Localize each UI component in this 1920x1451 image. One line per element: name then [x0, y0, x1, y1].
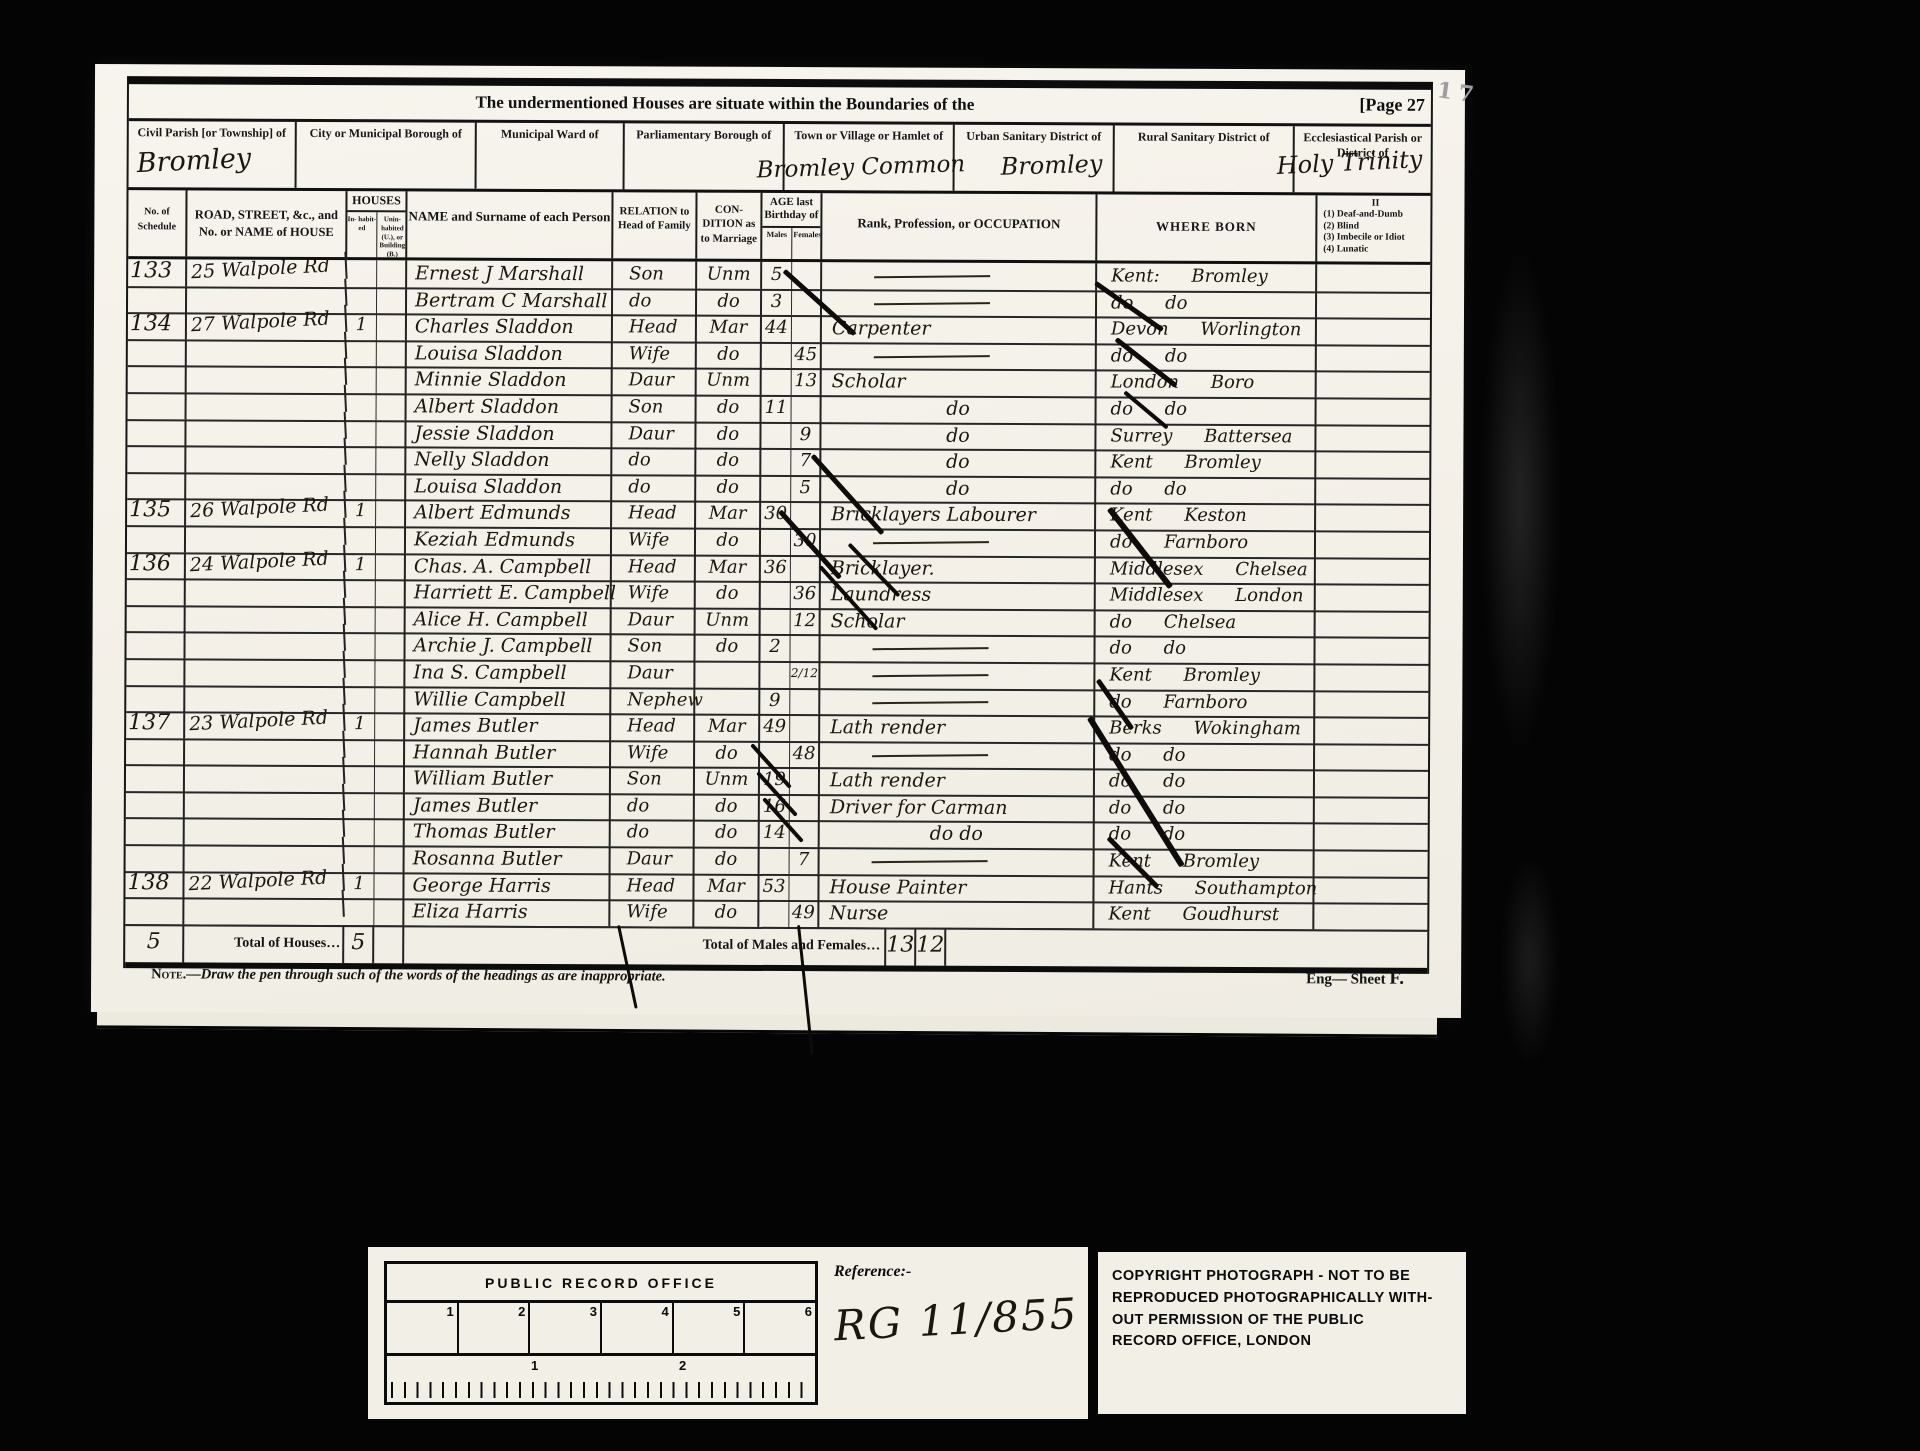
inch-number: 2	[518, 1304, 525, 1319]
pro-office-title: PUBLIC RECORD OFFICE	[387, 1264, 815, 1303]
birthplace-cell: Middlesex Chelsea	[1096, 556, 1316, 584]
scanned-census-page: The undermentioned Houses are situate wi…	[0, 0, 1920, 1451]
schedule-cell	[126, 818, 185, 845]
district-header: Civil Parish [or Township] ofCity or Mun…	[129, 121, 1431, 196]
schedule-cell	[127, 419, 186, 446]
age-male-cell	[760, 661, 790, 688]
schedule-cell	[126, 658, 185, 685]
age-female-cell	[790, 794, 820, 821]
occupation-cell	[822, 342, 1097, 370]
schedule-cell: 137	[126, 711, 185, 738]
age-female-cell: 45	[792, 342, 822, 369]
header-uninhabited: Unin- habited (U.), or Building (B.)	[377, 212, 407, 257]
reference-label: Reference:-	[834, 1263, 1080, 1281]
name-cell: George Harris	[404, 872, 610, 900]
schedule-cell	[126, 791, 185, 818]
birthplace-cell: Hants Southampton	[1094, 875, 1314, 903]
infirmity-cell	[1315, 770, 1425, 797]
header-occupation: Rank, Profession, or OCCUPATION	[822, 193, 1097, 260]
age-female-cell	[792, 395, 822, 422]
district-label: Town or Village or Hamlet of	[785, 124, 955, 191]
pro-reference-plate: PUBLIC RECORD OFFICE 123456 1 2 Referenc…	[368, 1247, 1088, 1419]
occupation-cell	[820, 634, 1095, 662]
uninhabited-cell	[377, 313, 407, 340]
inch-cell: 3	[530, 1303, 602, 1353]
relation-cell: Wife	[610, 900, 694, 927]
age-male-cell	[761, 421, 791, 448]
uninhabited-cell	[374, 898, 404, 925]
total-males-females-label: Total of Males and Females…	[404, 926, 886, 965]
name-cell: Charles Sladdon	[407, 314, 613, 342]
occupation-cell	[822, 262, 1097, 290]
condition-cell: do	[694, 900, 759, 927]
infirmity-cell	[1316, 424, 1426, 451]
reference-area: Reference:- RG 11/855	[834, 1263, 1080, 1403]
inch-number: 1	[446, 1304, 453, 1319]
infirmity-cell	[1315, 637, 1425, 664]
occupation-cell: Scholar	[822, 369, 1097, 397]
occupation-cell	[820, 847, 1095, 875]
pen-dash	[873, 541, 989, 544]
page-number: [Page 27	[1359, 95, 1425, 116]
uninhabited-cell	[375, 845, 405, 872]
condition-cell: Mar	[694, 873, 759, 900]
header-infirmity: II (1) Deaf-and-Dumb(2) Blind(3) Imbecil…	[1317, 195, 1427, 261]
schedule-cell	[127, 525, 186, 552]
uninhabited-cell	[375, 739, 405, 766]
infirmity-cell	[1315, 690, 1425, 717]
inhabited-cell	[347, 393, 377, 420]
relation-cell: Wife	[613, 341, 697, 368]
infirmity-cell	[1315, 743, 1425, 770]
scan-smudge	[1500, 850, 1560, 1070]
name-cell: James Butler	[405, 792, 611, 820]
occupation-cell	[820, 688, 1095, 716]
condition-cell: Unm	[695, 767, 760, 794]
district-label: Urban Sanitary District of	[955, 125, 1115, 192]
district-label: City or Municipal Borough of	[297, 122, 477, 189]
occupation-cell: Driver for Carman	[820, 794, 1095, 822]
name-cell: Thomas Butler	[405, 819, 611, 847]
census-rows: 13325 Walpole RdErnest J MarshallSonUnm5…	[125, 259, 1430, 930]
age-male-cell: 53	[759, 874, 789, 901]
infirmity-cell	[1317, 264, 1427, 291]
name-cell: Louisa Sladdon	[406, 473, 612, 501]
uninhabited-cell	[375, 686, 405, 713]
inhabited-cell	[346, 579, 376, 606]
age-male-cell: 44	[762, 315, 792, 342]
uninhabited-cell	[376, 579, 406, 606]
uninhabited-cell	[376, 420, 406, 447]
condition-cell	[695, 661, 760, 688]
condition-cell: do	[696, 581, 761, 608]
age-female-cell: 5	[791, 475, 821, 502]
schedule-cell	[126, 631, 185, 658]
inhabited-cell	[345, 765, 375, 792]
infirmity-cell	[1317, 291, 1427, 318]
name-cell: Rosanna Butler	[405, 845, 611, 873]
name-cell: Albert Sladdon	[407, 393, 613, 421]
total-males: 13	[886, 928, 916, 965]
infirmity-cell	[1315, 663, 1425, 690]
header-name: NAME and Surname of each Person	[407, 191, 613, 258]
uninhabited-cell	[377, 340, 407, 367]
relation-cell: Head	[612, 501, 696, 528]
inhabited-cell	[346, 606, 376, 633]
infirmity-line: (1) Deaf-and-Dumb	[1323, 210, 1427, 222]
birthplace-cell: Surrey Battersea	[1096, 423, 1316, 451]
birthplace-cell: do do	[1095, 822, 1315, 850]
age-female-cell	[789, 874, 819, 901]
age-female-cell: 7	[790, 847, 820, 874]
inhabited-cell: 1	[346, 499, 376, 526]
inhabited-cell	[345, 845, 375, 872]
infirmity-line: (2) Blind	[1323, 221, 1427, 233]
relation-cell: Son	[613, 261, 697, 288]
infirmity-cell	[1315, 796, 1425, 823]
uninhabited-cell	[375, 633, 405, 660]
schedule-cell	[127, 605, 186, 632]
header-schedule: No. of Schedule	[128, 190, 187, 256]
inhabited-cell	[344, 898, 374, 925]
name-cell: Archie J. Campbell	[405, 633, 611, 661]
age-male-cell: 49	[760, 714, 790, 741]
relation-cell: do	[611, 793, 695, 820]
relation-cell: Son	[613, 394, 697, 421]
header-where-born: WHERE BORN	[1097, 194, 1317, 261]
condition-cell: do	[696, 474, 761, 501]
occupation-cell: do	[822, 395, 1097, 423]
header-condition: CON- DITION as to Marriage	[697, 193, 762, 259]
schedule-cell	[125, 897, 184, 924]
uninhabited-cell	[376, 500, 406, 527]
condition-cell: Unm	[697, 368, 762, 395]
age-male-cell	[760, 847, 790, 874]
form-title: The undermentioned Houses are situate wi…	[129, 91, 1321, 116]
relation-cell: Head	[613, 314, 697, 341]
condition-cell: do	[695, 847, 760, 874]
birthplace-cell: do do	[1096, 476, 1316, 504]
relation-cell: Son	[611, 634, 695, 661]
condition-cell: do	[695, 634, 760, 661]
name-cell: Louisa Sladdon	[407, 340, 613, 368]
infirmity-cell	[1316, 530, 1426, 557]
condition-cell: Mar	[696, 554, 761, 581]
uninhabited-cell	[375, 792, 405, 819]
age-female-cell: 2/12	[790, 661, 820, 688]
relation-cell: Daur	[612, 607, 696, 634]
cm-scale: 1 2	[387, 1356, 815, 1402]
occupation-cell: Laundress	[821, 581, 1096, 609]
infirmity-cell	[1317, 344, 1427, 371]
occupation-cell: do	[821, 422, 1096, 450]
uninhabited-cell	[376, 526, 406, 553]
condition-cell: do	[697, 341, 762, 368]
age-female-cell	[791, 555, 821, 582]
condition-cell: Mar	[696, 501, 761, 528]
uninhabited-cell	[377, 260, 407, 287]
age-female-cell	[790, 714, 820, 741]
relation-cell: Nephew	[611, 687, 695, 714]
infirmity-cell	[1314, 903, 1424, 930]
relation-cell: Wife	[611, 740, 695, 767]
name-cell: Jessie Sladdon	[406, 420, 612, 448]
header-age-males: Males	[762, 228, 792, 259]
birthplace-cell: do do	[1095, 742, 1315, 770]
district-label: Ecclesiastical Parish or District of	[1295, 126, 1431, 193]
occupation-cell	[820, 661, 1095, 689]
birthplace-cell: do do	[1095, 795, 1315, 823]
infirmity-cell	[1316, 477, 1426, 504]
schedule-cell: 138	[125, 871, 184, 898]
name-cell: James Butler	[405, 712, 611, 740]
inch-cell: 2	[459, 1303, 531, 1353]
inhabited-cell	[346, 526, 376, 553]
schedule-cell	[128, 392, 187, 419]
schedule-cell	[128, 366, 187, 393]
condition-cell: do	[695, 794, 760, 821]
name-cell: Chas. A. Campbell	[406, 553, 612, 581]
schedule-cell	[128, 339, 187, 366]
schedule-cell	[126, 844, 185, 871]
name-cell: Minnie Sladdon	[407, 367, 613, 395]
district-label: Municipal Ward of	[477, 123, 625, 190]
inch-cell: 1	[387, 1303, 459, 1353]
total-females: 12	[916, 928, 946, 965]
birthplace-cell: do do	[1097, 396, 1317, 424]
infirmity-cell	[1316, 451, 1426, 478]
name-cell: Nelly Sladdon	[406, 447, 612, 475]
schedule-cell: 136	[127, 552, 186, 579]
relation-cell: Wife	[612, 527, 696, 554]
name-cell: Alice H. Campbell	[406, 606, 612, 634]
district-label: Parliamentary Borough of	[625, 123, 785, 190]
schedule-cell: 135	[127, 499, 186, 526]
schedule-cell	[127, 578, 186, 605]
uninhabited-cell	[375, 766, 405, 793]
header-inhabited: In- habit- ed	[347, 212, 377, 257]
age-female-cell: 49	[789, 900, 819, 927]
pen-dash	[872, 701, 988, 704]
condition-cell: do	[697, 395, 762, 422]
inch-number: 4	[661, 1304, 668, 1319]
uninhabited-cell	[377, 287, 407, 314]
condition-cell	[695, 687, 760, 714]
name-cell: Harriett E. Campbell	[406, 580, 612, 608]
inhabited-cell: 1	[344, 872, 374, 899]
uninhabited-cell	[376, 606, 406, 633]
infirmity-cell	[1316, 610, 1426, 637]
uninhabited-cell	[374, 872, 404, 899]
age-male-cell	[762, 368, 792, 395]
birthplace-cell: do do	[1095, 636, 1315, 664]
inhabited-cell: 1	[345, 712, 375, 739]
infirmity-cell	[1315, 823, 1425, 850]
infirmity-cell	[1315, 716, 1425, 743]
uninhabited-cell	[377, 367, 407, 394]
inhabited-cell: 1	[347, 313, 377, 340]
schedule-cell	[127, 445, 186, 472]
age-male-cell	[761, 475, 791, 502]
name-cell: Keziah Edmunds	[406, 526, 612, 554]
uninhabited-cell	[376, 473, 406, 500]
infirmity-cell	[1317, 318, 1427, 345]
relation-cell: Head	[610, 873, 694, 900]
inch-cell: 6	[745, 1303, 815, 1353]
name-cell: William Butler	[405, 766, 611, 794]
relation-cell: Daur	[613, 368, 697, 395]
schedule-cell	[126, 738, 185, 765]
inhabited-cell	[346, 446, 376, 473]
age-male-cell	[760, 741, 790, 768]
age-male-cell	[761, 448, 791, 475]
inhabited-cell	[345, 686, 375, 713]
relation-cell: Son	[611, 767, 695, 794]
infirmity-cell	[1316, 504, 1426, 531]
infirmity-cell	[1317, 397, 1427, 424]
age-female-cell	[792, 315, 822, 342]
birthplace-cell: Kent Goudhurst	[1094, 902, 1314, 930]
copyright-text: COPYRIGHT PHOTOGRAPH - NOT TO BE REPRODU…	[1098, 1252, 1466, 1353]
name-cell: Bertram C Marshall	[407, 287, 613, 315]
age-male-cell	[761, 581, 791, 608]
inhabited-cell	[347, 340, 377, 367]
schedule-total: 5	[125, 925, 184, 962]
occupation-cell	[820, 741, 1095, 769]
inhabited-cell	[346, 420, 376, 447]
relation-cell: do	[611, 820, 695, 847]
pen-dash	[874, 302, 990, 305]
schedule-cell	[126, 764, 185, 791]
inhabited-cell	[345, 792, 375, 819]
occupation-cell	[821, 528, 1096, 556]
condition-cell: Unm	[697, 262, 762, 289]
condition-cell: Mar	[695, 714, 760, 741]
pen-dash	[873, 647, 989, 650]
inhabited-cell	[347, 260, 377, 287]
name-cell: Eliza Harris	[404, 899, 610, 927]
relation-cell: do	[612, 447, 696, 474]
header-road: ROAD, STREET, &c., and No. or NAME of HO…	[187, 190, 347, 257]
inhabited-cell	[345, 819, 375, 846]
relation-cell: Daur	[612, 421, 696, 448]
age-male-cell: 11	[762, 395, 792, 422]
name-cell: Ernest J Marshall	[407, 260, 613, 288]
age-male-cell	[761, 608, 791, 635]
name-cell: Willie Campbell	[405, 686, 611, 714]
inhabited-cell	[347, 366, 377, 393]
condition-cell: do	[696, 421, 761, 448]
name-cell: Hannah Butler	[405, 739, 611, 767]
pen-dash	[872, 674, 988, 677]
census-sheet: The undermentioned Houses are situate wi…	[91, 64, 1465, 1018]
birthplace-cell: do Chelsea	[1096, 609, 1316, 637]
age-female-cell	[790, 767, 820, 794]
uninhabited-cell	[375, 819, 405, 846]
occupation-cell: Nurse	[819, 900, 1094, 928]
name-cell: Ina S. Campbell	[405, 659, 611, 687]
infirmity-cell	[1316, 557, 1426, 584]
infirmity-line: (4) Lunatic	[1323, 244, 1427, 256]
relation-cell: Daur	[611, 660, 695, 687]
pen-dash	[874, 275, 990, 278]
infirmity-cell	[1314, 876, 1424, 903]
birthplace-cell: Middlesex London	[1096, 583, 1316, 611]
birthplace-cell: Kent: Bromley	[1097, 263, 1317, 291]
age-male-cell: 3	[762, 289, 792, 316]
schedule-cell: 134	[128, 312, 187, 339]
age-male-cell	[761, 528, 791, 555]
uninhabited-cell	[376, 446, 406, 473]
age-female-cell	[790, 634, 820, 661]
occupation-cell: do	[821, 448, 1096, 476]
infirmity-cell	[1315, 849, 1425, 876]
reference-value: RG 11/855	[833, 1289, 1081, 1351]
pen-dash	[872, 754, 988, 757]
uninhabited-cell	[375, 712, 405, 739]
pen-dash	[874, 355, 990, 358]
age-female-cell: 9	[791, 422, 821, 449]
condition-cell: Mar	[697, 315, 762, 342]
cm-ticks	[391, 1382, 811, 1398]
uninhabited-cell	[377, 393, 407, 420]
pro-ruler-box: PUBLIC RECORD OFFICE 123456 1 2	[384, 1261, 818, 1405]
inch-cell: 4	[602, 1303, 674, 1353]
uninhabited-cell	[376, 553, 406, 580]
relation-cell: do	[613, 288, 697, 315]
schedule-cell	[128, 286, 187, 313]
age-male-cell	[762, 342, 792, 369]
condition-cell: Unm	[696, 607, 761, 634]
relation-cell: do	[612, 474, 696, 501]
infirmity-cell	[1316, 583, 1426, 610]
birthplace-cell: do Farnboro	[1095, 689, 1315, 717]
age-male-cell: 36	[761, 554, 791, 581]
uninhabited-cell	[375, 659, 405, 686]
birthplace-cell: Kent Bromley	[1095, 662, 1315, 690]
sheet-mark: Eng— Sheet F.	[1306, 967, 1404, 989]
age-female-cell: 48	[790, 741, 820, 768]
header-age: AGE last Birthday of Males Females	[762, 193, 822, 259]
inch-number: 6	[805, 1304, 812, 1319]
condition-cell: do	[696, 528, 761, 555]
inhabited-cell	[345, 632, 375, 659]
inhabited-cell	[345, 739, 375, 766]
occupation-cell: House Painter	[819, 874, 1094, 902]
age-female-cell	[790, 688, 820, 715]
inhabited-cell	[346, 473, 376, 500]
age-male-cell: 2	[760, 634, 790, 661]
occupation-cell	[822, 289, 1097, 317]
district-label: Rural Sanitary District of	[1115, 125, 1295, 192]
schedule-cell	[127, 472, 186, 499]
header-houses: HOUSES In- habit- ed Unin- habited (U.),…	[347, 191, 407, 257]
age-female-cell: 13	[792, 368, 822, 395]
birthplace-cell: Kent Bromley	[1096, 450, 1316, 478]
copyright-plate: COPYRIGHT PHOTOGRAPH - NOT TO BE REPRODU…	[1098, 1252, 1466, 1414]
condition-cell: do	[697, 288, 762, 315]
age-female-cell: 36	[791, 581, 821, 608]
condition-cell: do	[696, 448, 761, 475]
footer-note: Note.—Draw the pen through such of the w…	[151, 966, 666, 985]
header-age-females: Females	[792, 228, 822, 259]
total-houses-label: Total of Houses…	[184, 925, 344, 963]
relation-cell: Wife	[612, 580, 696, 607]
occupation-cell: do	[821, 475, 1096, 503]
district-label: Civil Parish [or Township] of	[129, 121, 297, 188]
form-title-row: The undermentioned Houses are situate wi…	[129, 84, 1431, 127]
infirmity-line: (3) Imbecile or Idiot	[1323, 233, 1427, 245]
